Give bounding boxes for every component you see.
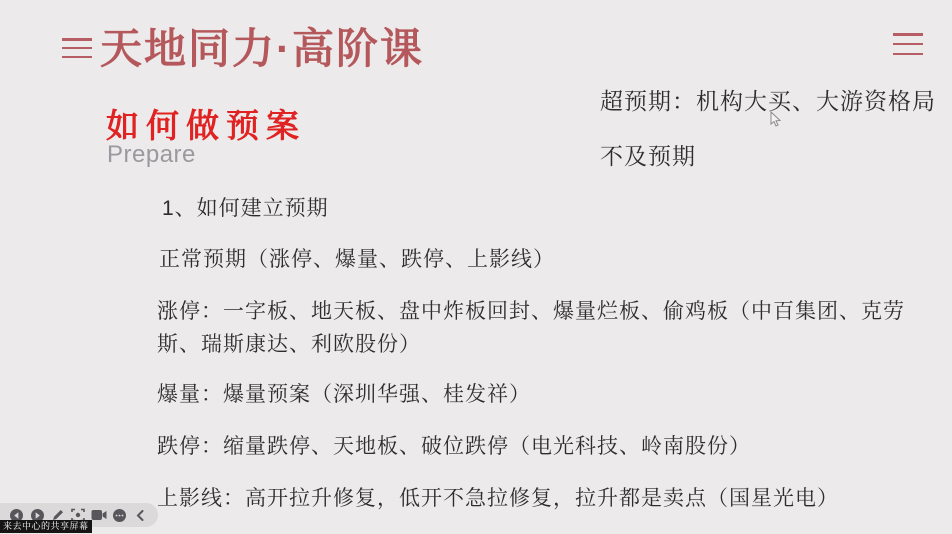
shared-screen-label: 来去中心的共享屏幕 (0, 520, 92, 533)
body-paragraph: 跌停：缩量跌停、天地板、破位跌停（电光科技、岭南股份） (157, 430, 919, 463)
camera-icon[interactable] (91, 507, 107, 523)
collapse-chevron-icon[interactable] (132, 507, 148, 523)
hamburger-icon (893, 33, 923, 55)
section-subheading: Prepare (107, 141, 196, 169)
note-under-expectation: 不及预期 (600, 138, 696, 171)
body-paragraph: 上影线：高开拉升修复，低开不急拉修复，拉升都是卖点（国星光电） (157, 482, 919, 515)
shared-slide-screen: 天地同力·高阶课 如何做预案 Prepare 超预期：机构大买、大游资格局 不及… (0, 0, 952, 534)
body-paragraph: 爆量：爆量预案（深圳华强、桂发祥） (157, 378, 919, 411)
body-paragraph: 正常预期（涨停、爆量、跌停、上影线） (159, 243, 921, 276)
note-over-expectation: 超预期：机构大买、大游资格局 (600, 83, 936, 116)
more-icon[interactable] (111, 507, 127, 523)
section-heading: 如何做预案 (106, 100, 306, 147)
mouse-cursor-icon (770, 111, 782, 128)
body-paragraph: 涨停：一字板、地天板、盘中炸板回封、爆量烂板、偷鸡板（中百集团、克劳斯、瑞斯康达… (157, 295, 919, 361)
slide-title: 天地同力·高阶课 (100, 16, 424, 76)
hamburger-icon (62, 38, 92, 58)
body-paragraph: 1、如何建立预期 (162, 192, 924, 225)
